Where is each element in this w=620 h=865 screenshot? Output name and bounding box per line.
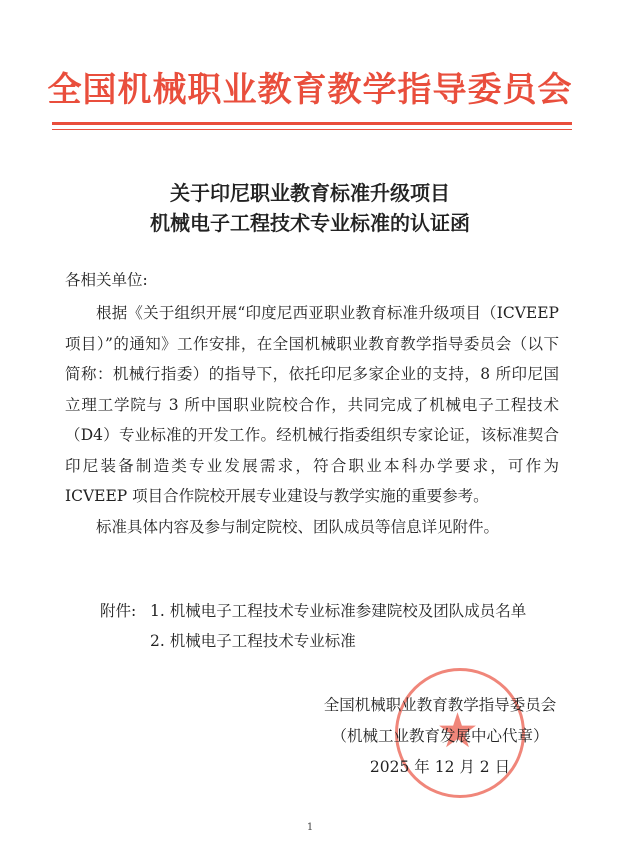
body-paragraph-2: 标准具体内容及参与制定院校、团队成员等信息详见附件。 — [65, 512, 559, 543]
document-title-line-1: 关于印尼职业教育标准升级项目 — [0, 178, 620, 208]
document-title-line-2: 机械电子工程技术专业标准的认证函 — [0, 208, 620, 238]
signature-date: 2025 年 12 月 2 日 — [310, 752, 570, 783]
signature-block: 全国机械职业教育教学指导委员会 （机械工业教育发展中心代章） 2025 年 12… — [310, 690, 570, 783]
letter-body: 根据《关于组织开展“印度尼西亚职业教育标准升级项目（ICVEEP 项目）”的通知… — [65, 298, 559, 542]
attachment-item-2: 2. 机械电子工程技术专业标准 — [150, 626, 356, 656]
page-number: 1 — [0, 822, 620, 833]
body-paragraph-1: 根据《关于组织开展“印度尼西亚职业教育标准升级项目（ICVEEP 项目）”的通知… — [65, 298, 559, 512]
salutation: 各相关单位: — [65, 268, 148, 290]
letterhead-organization: 全国机械职业教育教学指导委员会 — [0, 62, 620, 111]
attachments-label: 附件: — [100, 596, 150, 626]
signature-organization: 全国机械职业教育教学指导委员会 — [310, 690, 570, 721]
attachments-list: 附件: 1. 机械电子工程技术专业标准参建院校及团队成员名单 2. 机械电子工程… — [100, 596, 526, 656]
attachment-item-1: 1. 机械电子工程技术专业标准参建院校及团队成员名单 — [150, 596, 526, 626]
document-title: 关于印尼职业教育标准升级项目 机械电子工程技术专业标准的认证函 — [0, 178, 620, 238]
signature-proxy-seal: （机械工业教育发展中心代章） — [310, 721, 570, 752]
letterhead-red-rule — [52, 122, 572, 130]
